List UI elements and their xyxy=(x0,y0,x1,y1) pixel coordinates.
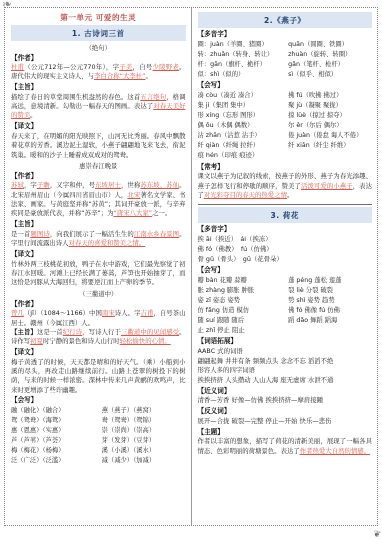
section-label: 【词语拓展】 xyxy=(198,337,373,347)
text-segment: 诗人。字 xyxy=(115,309,141,317)
word-pair-row: 惠（恩惠）（实惠）崇（崇尚）（崇高） xyxy=(11,426,186,436)
paragraph: 清香—芳香 好像—仿佛 挨挨挤挤—摩肩接踵 xyxy=(198,396,373,405)
leaf-ornament-icon: ❦ xyxy=(372,529,382,540)
section-label: 【主题】 xyxy=(198,428,373,438)
word-pair-row: 姿 zī 姿态 姿势势 shì 姿势 趋势 xyxy=(198,296,373,306)
word-pair-right: 佛 fó 佛像 fú 仿佛 xyxy=(288,306,372,316)
word-pair-left: 似：shì（似的） xyxy=(198,70,289,80)
word-pair-right: sì（似乎、相似） xyxy=(288,70,372,80)
word-pair-row: 仿 fǎng 仿造 模仿佛 fó 佛像 fú 仿佛 xyxy=(198,306,373,316)
word-pair-row: 纤 qiàn（纤绳 拉纤）纤 xiān（纤尘 纤维） xyxy=(198,141,373,151)
paragraph: 是一首题图诗，向我们展示了一幅活生生的江南水乡春景图。字里行间流露出诗人对春天的… xyxy=(11,230,186,249)
word-pair-right: gǎn（笔杆、枪杆） xyxy=(288,60,372,70)
text-segment: 梅子黄透了的时候，天天都是晴和的好天气。（乘）小船到小溪的尽头，再改走山路继续前… xyxy=(11,358,186,394)
word-pair-right: 掠 lüè（掠过 掠夺） xyxy=(288,111,372,121)
highlighted-term: 题图诗 xyxy=(30,230,49,238)
highlighted-term: 三衢道中的见闻感受 xyxy=(121,328,179,336)
text-segment: ，又字和仲，号 xyxy=(50,181,95,189)
paragraph: 杜甫（公元712年—公元770年），字子美，自号少陵野老。唐代伟大的现实主义诗人… xyxy=(11,63,186,82)
text-segment: （jǐ）（1084～1166）中国 xyxy=(24,309,102,317)
word-pair-right: 芽（发芽）（豆芽） xyxy=(102,436,186,446)
word-pair-right: 蹈 dǎo 舞蹈 蹈海 xyxy=(288,316,372,326)
leaf-ornament-icon: ❧ xyxy=(1,0,13,12)
highlighted-term: 东坡居士 xyxy=(95,181,121,189)
text-line: 骨 gǔ（骨头） gū（花骨朵） xyxy=(198,255,373,265)
highlighted-term: 南宋 xyxy=(102,309,115,317)
word-pair-left: 融（融化）（融合） xyxy=(11,406,102,416)
poem-subtitle: （绝句） xyxy=(11,43,186,52)
word-pair-left: 凑 còu（凑近 凑合） xyxy=(198,91,289,101)
paragraph: 挨挨挤挤 人头攒动 人山人海 座无虚席 水泄不通 xyxy=(198,376,373,385)
text-segment: 是一首 xyxy=(11,230,30,238)
highlighted-term: 少陵野老 xyxy=(153,63,180,71)
highlighted-term: 对光彩夺目的春天的热爱之情 xyxy=(204,191,287,199)
text-segment: 时宁静的景色和诗人山行时 xyxy=(43,337,120,345)
word-pair-row: 芦（芦苇）（芦荟）芽（发芽）（豆芽） xyxy=(11,436,186,446)
poem-subtitle: 惠崇春江晚景 xyxy=(11,161,186,170)
highlighted-term: 吉甫 xyxy=(141,309,154,317)
word-pair-right: 鸯（鸳鸯）（鸳锦） xyxy=(102,416,186,426)
word-pair-left: 转：zhuǎn（转身、转让） xyxy=(198,50,289,60)
text-segment: ，自号 xyxy=(133,63,153,71)
highlighted-term: 轻松愉快的心情。 xyxy=(120,337,171,345)
word-pair-right: 势 shì 姿势 趋势 xyxy=(288,296,372,306)
word-pair-right: 崇（崇尚）（崇高） xyxy=(102,426,186,436)
word-pair-left: 偶 ǒu（木偶 偶数） xyxy=(198,121,289,131)
word-pair-left: 胀 zhàng 膨胀 肿胀 xyxy=(198,286,289,296)
text-line: AABC 式的词语 xyxy=(198,347,373,357)
text-segment: 清香—芳香 好像—仿佛 挨挨挤挤—摩肩接踵 xyxy=(198,396,323,404)
word-pair-left: 杆：gān（旗杆、桅杆） xyxy=(198,60,289,70)
section-label: 【作者】 xyxy=(11,172,186,182)
word-pair-row: 偶 ǒu（木偶 偶数）尔 ěr（尔后 偶尔） xyxy=(198,121,373,131)
text-segment: 竹林外两三枝桃花初放，鸭子在水中游戏，它们最先察觉了初春江水回暖。河滩上已经长满… xyxy=(11,260,186,287)
word-pair-left: 圈：juàn（羊圈、猪圈） xyxy=(198,40,289,50)
section-label: 【多音字】 xyxy=(198,30,373,40)
highlighted-term: 作者热爱大自然的情感。 xyxy=(300,447,370,455)
poem-subtitle: （三衢道中） xyxy=(11,289,186,298)
highlighted-term: 曾几 xyxy=(11,309,24,317)
highlighted-term: 李白合称“大李杜” xyxy=(94,72,145,80)
word-pair-row: 瓣 bàn 花瓣 蒜瓣蓬 péng 蓬松 莲蓬 xyxy=(198,276,373,286)
paragraph: 春天来了，在明媚的阳光映照下，山河无比秀丽。春风中飘散着花草的芳香。溪边泥土湿软… xyxy=(11,132,186,160)
word-pair-row: 凑 còu（凑近 凑合）拂 fú（吹拂 拂过） xyxy=(198,91,373,101)
paragraph: 课文以燕子为记叙的线索，按燕子的外形、燕子为春光添趣、燕子怎样飞行和停歇的顺序，… xyxy=(198,172,373,200)
text-segment: 之一。 xyxy=(152,209,171,217)
paragraph: 展开—合拢 破裂—完整 停止—开始 快乐—悲伤 xyxy=(198,417,373,426)
word-pair-left: 形 xíng（忘形 图形） xyxy=(198,111,289,121)
section-label: 【常考】 xyxy=(198,163,373,173)
highlighted-term: 苏东坡、苏仙 xyxy=(140,181,179,189)
text-segment: 。 xyxy=(30,111,36,119)
word-pair-row: 胀 zhàng 膨胀 肿胀裂 liè 分裂 破裂 xyxy=(198,286,373,296)
text-segment: 。 xyxy=(145,72,151,80)
text-line: 止 zhǐ 停止 阻止 xyxy=(198,326,373,336)
text-segment: 展开—合拢 破裂—完整 停止—开始 快乐—悲伤 xyxy=(198,417,332,425)
word-pair-row: 融（融化）（融合）燕（燕子）（燕窝） xyxy=(11,406,186,416)
paragraph: 苏轼，字子瞻，又字和仲，号东坡居士，世称苏东坡、苏仙。北宋眉州眉山（今属四川省眉… xyxy=(11,181,186,218)
section-label: 【译文】 xyxy=(11,122,186,132)
section-label: 【会写】 xyxy=(198,81,373,91)
word-pair-left: 泛（广泛）（泛滥） xyxy=(11,456,102,466)
paragraph: 曾几（jǐ）（1084～1166）中国南宋诗人。字吉甫，自号茶山居士。赣州（今属… xyxy=(11,309,186,328)
column-left: 第一单元 可爱的生灵1. 古诗词三首（绝句）【作者】杜甫（公元712年—公元77… xyxy=(5,8,192,525)
word-pair-row: 转：zhuǎn（转身、转让）zhuàn（旋转、转圈） xyxy=(198,50,373,60)
highlighted-term: 江南水乡春景图 xyxy=(134,230,179,238)
paragraph: 梅子黄透了的时候，天天都是晴和的好天气。（乘）小船到小溪的尽头，再改走山路继续前… xyxy=(11,358,186,395)
highlighted-term: 五言绝句 xyxy=(140,93,166,101)
text-line: 挨 āi（挨近） ái（挨冻） xyxy=(198,235,373,245)
text-segment: ，字 xyxy=(24,181,37,189)
text-segment: ，世称 xyxy=(121,181,140,189)
section-label: 【作者】 xyxy=(11,300,186,310)
word-pair-row: 鸳（鸳鸯）（海鸳）鸯（鸳鸯）（鸳锦） xyxy=(11,416,186,426)
word-pair-left: 沾 zhān（沾惹 沾手） xyxy=(198,131,289,141)
paragraph: 【主旨】这是一首纪行诗，写诗人行于三衢道中的见闻感受。诗作写初夏时宁静的景色和诗… xyxy=(11,328,186,347)
highlighted-term: 初夏 xyxy=(30,337,43,345)
word-pair-left: 纤 qiàn（纤绳 拉纤） xyxy=(198,141,289,151)
word-pair-right: 拂 fú（吹拂 拂过） xyxy=(288,91,372,101)
word-pair-right: 裂 liè 分裂 破裂 xyxy=(288,286,372,296)
text-segment: 。 xyxy=(287,191,293,199)
highlighted-term: 子美 xyxy=(119,63,132,71)
word-pair-right: zhuàn（旋转、转圈） xyxy=(288,50,372,60)
section-label: 【会写】 xyxy=(11,396,186,406)
word-pair-row: 杆：gān（旗杆、桅杆）gǎn（笔杆、枪杆） xyxy=(198,60,373,70)
word-pair-right: 蓬 péng 蓬松 莲蓬 xyxy=(288,276,372,286)
text-line: 佛 fó（佛教） fú（仿佛） xyxy=(198,245,373,255)
paragraph: 作者以丰富的想象，描写了荷花的清新美丽，展现了一幅各具情态、色彩明丽的荷塘景色。… xyxy=(198,437,373,456)
text-segment: 春天来了，在明媚的阳光映照下，山河无比秀丽。春风中飘散着花草的芳香。溪边泥土湿软… xyxy=(11,132,186,159)
word-pair-right: 倦 juàn（倦怠 诲人不倦） xyxy=(288,131,372,141)
highlighted-term: 杜甫 xyxy=(11,63,24,71)
word-pair-right: 减（减少）（加减） xyxy=(102,456,186,466)
word-pair-right: quān（圆圈、铁圈） xyxy=(288,40,372,50)
column-right: 2.《燕子》【多音字】圈：juàn（羊圈、猪圈）quān（圆圈、铁圈）转：zhu… xyxy=(192,8,378,525)
word-pair-row: 梅（梅花）（杨梅）溪（小溪）（溪水） xyxy=(11,446,186,456)
highlighted-term: 活泼可爱的小燕子 xyxy=(301,182,353,190)
text-segment: （公元712年—公元770年），字 xyxy=(24,63,119,71)
highlighted-term: 纪行诗 xyxy=(63,328,82,336)
highlighted-term: 苏轼 xyxy=(11,181,24,189)
section-label: 【主旨】 xyxy=(11,83,186,93)
word-pair-left: 集 jí（集团 集中） xyxy=(198,101,289,111)
text-line: 形容人多的四字词语 xyxy=(198,366,373,376)
unit-title: 第一单元 可爱的生灵 xyxy=(11,12,186,23)
highlighted-term: “唐宋八大家” xyxy=(113,209,152,217)
word-pair-row: 沾 zhān（沾惹 沾手）倦 juàn（倦怠 诲人不倦） xyxy=(198,131,373,141)
word-pair-right: 溪（小溪）（溪水） xyxy=(102,446,186,456)
word-pair-left: 鸳（鸳鸯）（海鸳） xyxy=(11,416,102,426)
section-label: 【作者】 xyxy=(11,54,186,64)
word-pair-left: 惠（恩惠）（实惠） xyxy=(11,426,102,436)
page-sheet: 第一单元 可爱的生灵1. 古诗词三首（绝句）【作者】杜甫（公元712年—公元77… xyxy=(4,7,378,526)
section-label: 【近义词】 xyxy=(198,387,373,397)
word-pair-left: 芦（芦苇）（芦荟） xyxy=(11,436,102,446)
word-pair-row: 随 suí 跟随 随后蹈 dǎo 舞蹈 蹈海 xyxy=(198,316,373,326)
text-line: 痕 hén（印痕 痕迹） xyxy=(198,151,373,161)
word-pair-left: 瓣 bàn 花瓣 蒜瓣 xyxy=(198,276,289,286)
word-pair-right: 燕（燕子）（燕窝） xyxy=(102,406,186,416)
section-label: 【会写】 xyxy=(198,266,373,276)
word-pair-row: 圈：juàn（羊圈、猪圈）quān（圆圈、铁圈） xyxy=(198,40,373,50)
section-title: 3. 荷花 xyxy=(198,207,373,223)
notes-page: { "ornaments": { "top_left": "❧", "botto… xyxy=(0,0,382,540)
section-title: 2.《燕子》 xyxy=(198,12,373,28)
word-pair-left: 姿 zī 姿态 姿势 xyxy=(198,296,289,306)
text-segment: ，向我们展示了一幅活生生的 xyxy=(50,230,134,238)
paragraph: 翩翩起舞 井井有条 频频点头 念念不忘 滔滔不绝 xyxy=(198,357,373,366)
text-segment: 翩翩起舞 井井有条 频频点头 念念不忘 滔滔不绝 xyxy=(198,357,334,365)
word-pair-left: 仿 fǎng 仿造 模仿 xyxy=(198,306,289,316)
word-pair-left: 梅（梅花）（杨梅） xyxy=(11,446,102,456)
section-label: 【多音字】 xyxy=(198,225,373,235)
text-segment: 这是一首 xyxy=(37,328,63,336)
word-pair-right: 聚 jù（凝聚 聚拢） xyxy=(288,101,372,111)
word-pair-right: 尔 ěr（尔后 偶尔） xyxy=(288,121,372,131)
section-label: 【译文】 xyxy=(11,250,186,260)
text-segment: 挨挨挤挤 人头攒动 人山人海 座无虚席 水泄不通 xyxy=(198,376,334,384)
divider xyxy=(198,204,373,205)
highlighted-term: 对春天的喜爱和赞美之情。 xyxy=(69,239,146,247)
paragraph: 描绘了春日的草堂周围生机盎然的春色。这首五言绝句，格调高远，意境清新。勾勒出一幅… xyxy=(11,93,186,121)
section-label: 【反义词】 xyxy=(198,407,373,417)
text-segment: 描绘了春日的草堂周围生机盎然的春色。这首 xyxy=(11,93,140,101)
word-pair-row: 集 jí（集团 集中）聚 jù（凝聚 聚拢） xyxy=(198,101,373,111)
section-label: 【译文】 xyxy=(11,348,186,358)
section-title: 1. 古诗词三首 xyxy=(11,25,186,41)
paragraph: 竹林外两三枝桃花初放，鸭子在水中游戏，它们最先察觉了初春江水回暖。河滩上已经长满… xyxy=(11,260,186,288)
highlighted-term: 子瞻 xyxy=(37,181,50,189)
word-pair-row: 泛（广泛）（泛滥）减（减少）（加减） xyxy=(11,456,186,466)
word-pair-right: 纤 xiān（纤尘 纤维） xyxy=(288,141,372,151)
section-label: 【主旨】 xyxy=(11,220,186,230)
word-pair-row: 似：shì（似的）sì（似乎、相似） xyxy=(198,70,373,80)
text-segment: 【主旨】 xyxy=(11,328,37,336)
word-pair-left: 随 suí 跟随 随后 xyxy=(198,316,289,326)
word-pair-row: 形 xíng（忘形 图形）掠 lüè（掠过 掠夺） xyxy=(198,111,373,121)
highlighted-term: 北宋 xyxy=(127,191,140,199)
text-segment: ，写诗人行于 xyxy=(82,328,121,336)
